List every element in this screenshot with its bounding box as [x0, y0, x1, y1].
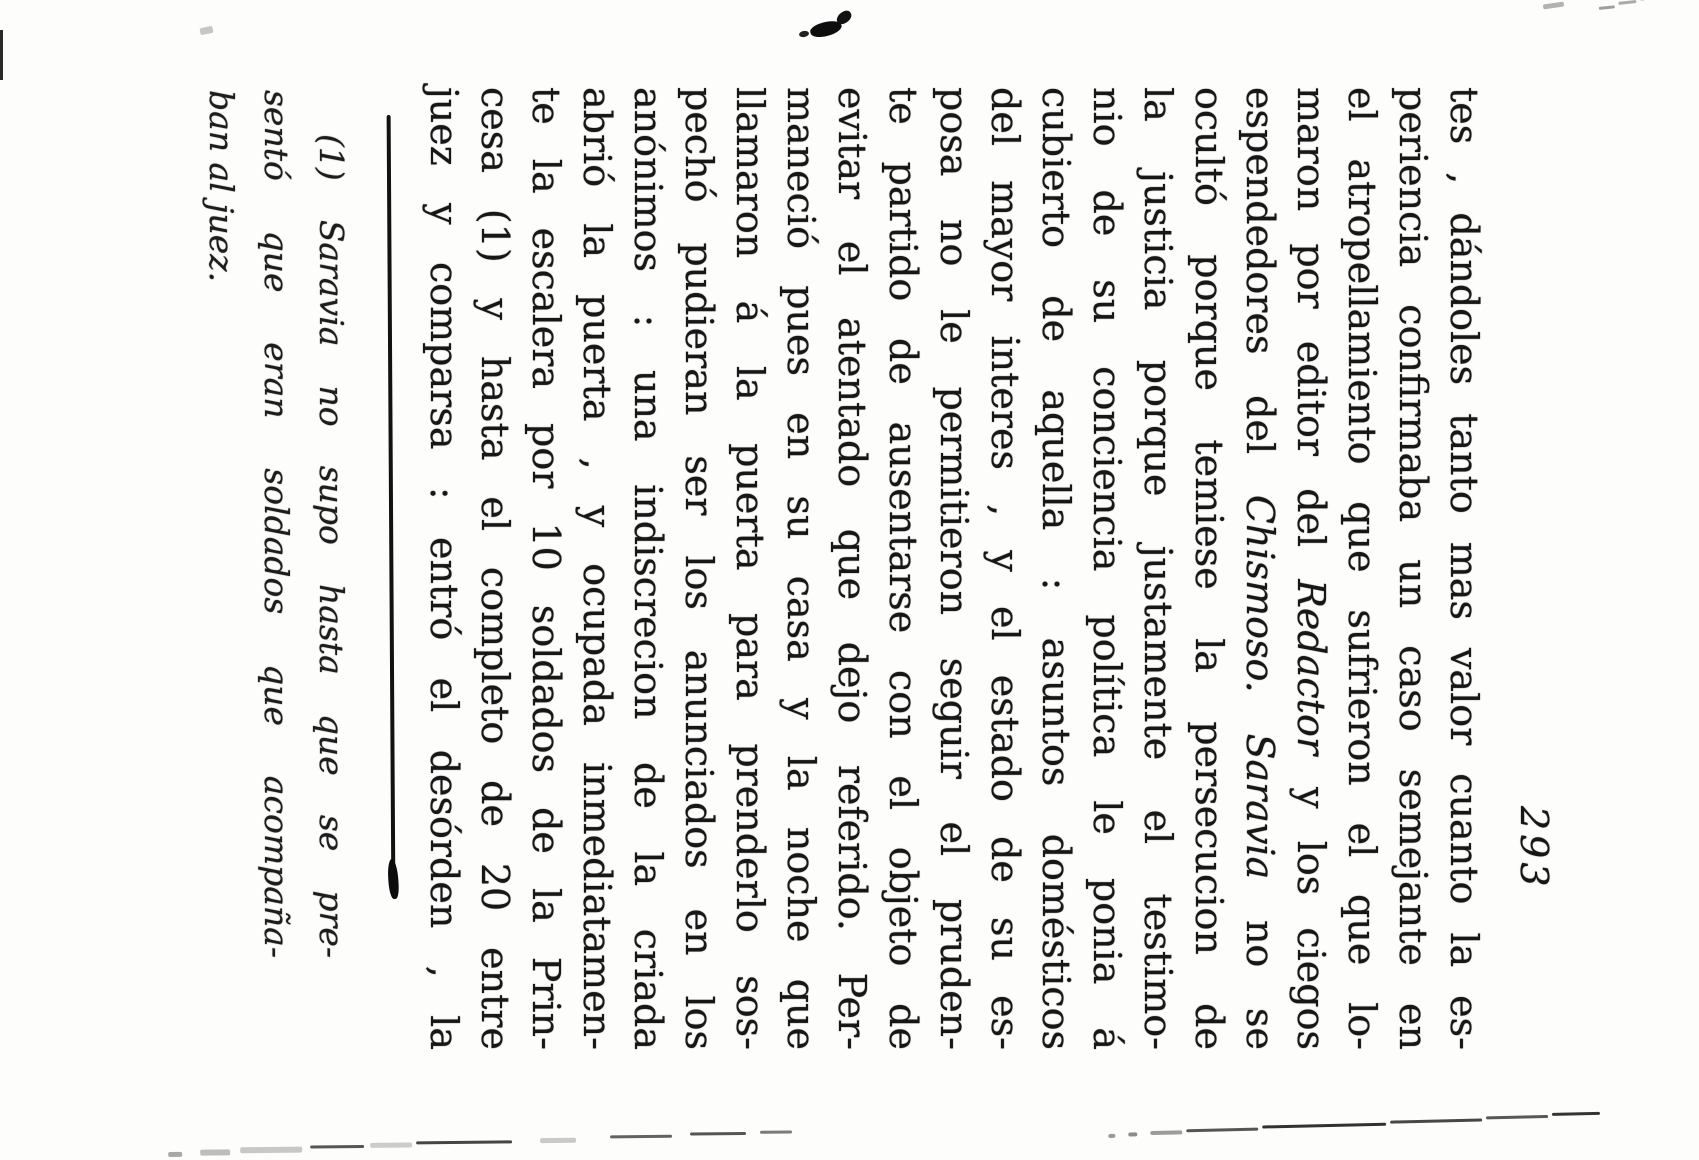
text-line: posa no le permitieron seguir el pruden-	[928, 87, 979, 1050]
text-segment: maron por editor del	[1289, 87, 1333, 579]
smudge-dash	[1128, 1132, 1137, 1136]
scanned-book-page: 293 tes , dándoles tanto mas valor cuant…	[0, 0, 1699, 1160]
smudge-dash	[168, 1152, 182, 1157]
text-line: la justicia porque justamente el testimo…	[1132, 87, 1183, 1050]
text-segment: cubierto de aquella : asuntos domésticos	[1034, 87, 1078, 1050]
footnote-rule	[387, 115, 396, 895]
text-segment: cesa (1) y hasta el completo de 20 entre	[473, 87, 517, 1050]
text-line: te partido de ausentarse con el objeto d…	[877, 87, 928, 1050]
main-text: tes , dándoles tanto mas valor cuanto la…	[418, 87, 1489, 1050]
italic-text-segment: sentó que eran soldados que acompaña-	[257, 90, 296, 958]
text-line: pechó pudieran ser los anunciados en los	[673, 87, 724, 1050]
text-segment: del mayor interes , y el estado de su es…	[983, 87, 1027, 1050]
text-line: (1) Saravia no supo hasta que se pre-	[304, 90, 359, 958]
text-line: abrió la puerta , y ocupada inmediatamen…	[571, 87, 622, 1050]
text-segment: evitar el atentado que dejo referido. Pe…	[830, 87, 874, 1050]
smudge-dash	[1150, 1130, 1182, 1135]
text-segment: pechó pudieran ser los anunciados en los	[677, 87, 721, 1050]
text-segment: te la escalera por 10 soldados de la Pri…	[524, 87, 568, 1050]
smudge-dash	[370, 1142, 412, 1147]
italic-text-segment: Redactor	[1289, 579, 1333, 755]
text-segment: y los ciegos	[1289, 755, 1333, 1050]
text-segment: juez y comparsa : entró el desórden , la	[422, 87, 466, 1050]
smudge-dash	[1108, 1134, 1115, 1138]
text-line: cesa (1) y hasta el completo de 20 entre	[469, 87, 520, 1050]
smudge-dash	[1186, 1128, 1258, 1133]
text-segment: periencia confirmaba un caso semejante e…	[1391, 87, 1435, 1050]
smudge-dash	[760, 1130, 792, 1133]
smudge-dash	[200, 1149, 230, 1155]
text-line: llamaron á la puerta para prenderlo sos-	[724, 87, 775, 1050]
text-segment: te partido de ausentarse con el objeto d…	[881, 87, 925, 1050]
text-line: anónimos : una indiscrecion de la criada	[622, 87, 673, 1050]
text-segment: ocultó porque temiese la persecucion de	[1187, 87, 1231, 1050]
text-line: tes , dándoles tanto mas valor cuanto la…	[1438, 87, 1489, 1050]
text-segment: la justicia porque justamente el testimo…	[1136, 87, 1180, 1050]
italic-text-segment: Saravia	[1238, 733, 1282, 879]
smudge-dash	[1390, 1119, 1482, 1124]
page-edge-line	[0, 30, 3, 80]
smudge-dash	[416, 1140, 512, 1144]
smudge-dash	[1262, 1123, 1386, 1129]
text-line: espendedores del Chismoso. Saravia no se	[1234, 87, 1285, 1050]
text-segment: no se	[1238, 879, 1282, 1050]
text-segment	[1238, 693, 1282, 734]
text-line: sentó que eran soldados que acompaña-	[249, 90, 304, 958]
smudge-dash	[310, 1145, 364, 1149]
text-segment: anónimos : una indiscrecion de la criada	[626, 87, 670, 1050]
smudge-dash	[1552, 1112, 1600, 1116]
text-line: cubierto de aquella : asuntos domésticos	[1030, 87, 1081, 1050]
text-line: del mayor interes , y el estado de su es…	[979, 87, 1030, 1050]
text-segment: abrió la puerta , y ocupada inmediatamen…	[575, 87, 619, 1050]
ink-blob-on-rule	[387, 859, 399, 900]
smudge-dash	[610, 1135, 672, 1139]
text-line: evitar el atentado que dejo referido. Pe…	[826, 87, 877, 1050]
page-number: 293	[1512, 806, 1556, 891]
smudge-dash	[240, 1147, 302, 1154]
italic-text-segment: ban al juez.	[202, 90, 241, 282]
smudge-dash	[1486, 1115, 1548, 1119]
text-segment: tes , dándoles tanto mas valor cuanto la…	[1442, 87, 1486, 1050]
book-page: 293 tes , dándoles tanto mas valor cuant…	[0, 0, 1699, 1160]
text-line: te la escalera por 10 soldados de la Pri…	[520, 87, 571, 1050]
text-line: maron por editor del Redactor y los cieg…	[1285, 87, 1336, 1050]
text-segment: llamaron á la puerta para prenderlo sos-	[728, 87, 772, 1050]
text-line: ban al juez.	[194, 90, 249, 958]
smudge-dash	[1618, 0, 1636, 5]
smudge-dash	[540, 1138, 576, 1143]
text-line: nio de su conciencia política le ponia á	[1081, 87, 1132, 1050]
text-line: periencia confirmaba un caso semejante e…	[1387, 87, 1438, 1050]
smudge-dash	[1599, 5, 1615, 10]
text-line: ocultó porque temiese la persecucion de	[1183, 87, 1234, 1050]
text-line: el atropellamiento que sufrieron el que …	[1336, 87, 1387, 1050]
smudge-dash	[690, 1132, 746, 1136]
footnote-text: (1) Saravia no supo hasta que se pre-sen…	[194, 90, 359, 958]
text-segment: el atropellamiento que sufrieron el que …	[1340, 87, 1384, 1050]
text-line: maneció pues en su casa y la noche que	[775, 87, 826, 1050]
text-segment: espendedores del	[1238, 87, 1282, 495]
smudge-dash	[1640, 0, 1655, 1]
italic-text-segment: (1) Saravia no supo hasta que se pre-	[312, 134, 351, 958]
text-segment: nio de su conciencia política le ponia á	[1085, 87, 1129, 1050]
text-segment: maneció pues en su casa y la noche que	[779, 87, 823, 1050]
text-segment: posa no le permitieron seguir el pruden-	[932, 87, 976, 1050]
text-line: juez y comparsa : entró el desórden , la	[418, 87, 469, 1050]
italic-text-segment: Chismoso.	[1238, 495, 1282, 693]
